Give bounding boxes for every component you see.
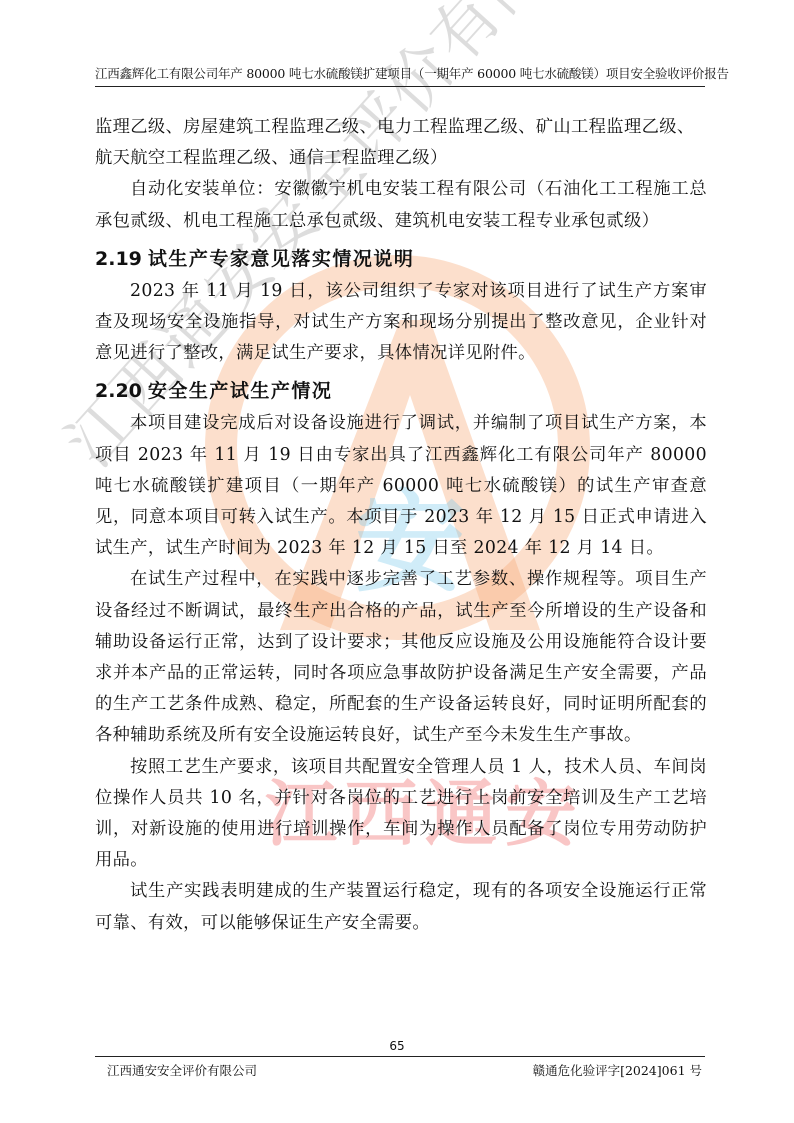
running-header: 江西鑫辉化工有限公司年产 80000 吨七水硫酸镁扩建项目（一期年产 60000…	[95, 64, 705, 82]
paragraph: 2023 年 11 月 19 日，该公司组织了专家对该项目进行了试生产方案审查及…	[95, 276, 707, 370]
paragraph: 按照工艺生产要求，该项目共配置安全管理人员 1 人，技术人员、车间岗位操作人员共…	[95, 752, 707, 877]
automation-unit-paragraph: 自动化安装单位：安徽徽宁机电安装工程有限公司（石油化工工程施工总承包贰级、机电工…	[95, 174, 707, 236]
header-divider	[95, 86, 705, 87]
section-title: 试生产专家意见落实情况说明	[148, 248, 415, 270]
section-number: 2.19	[95, 248, 142, 270]
footer-document-number: 赣通危化验评字[2024]061 号	[533, 1061, 702, 1079]
document-page: 安 江西通安安全评价有限公司 江西通安 江西鑫辉化工有限公司年产 80000 吨…	[0, 0, 794, 1123]
paragraph: 在试生产过程中，在实践中逐步完善了工艺参数、操作规程等。项目生产设备经过不断调试…	[95, 564, 707, 751]
paragraph: 本项目建设完成后对设备设施进行了调试，并编制了项目试生产方案，本项目 2023 …	[95, 408, 707, 564]
footer-company: 江西通安安全评价有限公司	[107, 1061, 257, 1079]
section-title: 安全生产试生产情况	[148, 380, 333, 402]
page-number: 65	[0, 1039, 794, 1053]
paragraph: 试生产实践表明建成的生产装置运行稳定，现有的各项安全设施运行正常可靠、有效，可以…	[95, 876, 707, 938]
section-heading-2-19: 2.19试生产专家意见落实情况说明	[95, 246, 707, 272]
continuation-line-2: 航天航空工程监理乙级、通信工程监理乙级）	[95, 143, 707, 174]
section-heading-2-20: 2.20安全生产试生产情况	[95, 378, 707, 404]
footer-divider	[95, 1056, 705, 1057]
page-content: 监理乙级、房屋建筑工程监理乙级、电力工程监理乙级、矿山工程监理乙级、 航天航空工…	[95, 112, 707, 939]
continuation-line-1: 监理乙级、房屋建筑工程监理乙级、电力工程监理乙级、矿山工程监理乙级、	[95, 112, 707, 143]
section-number: 2.20	[95, 380, 142, 402]
